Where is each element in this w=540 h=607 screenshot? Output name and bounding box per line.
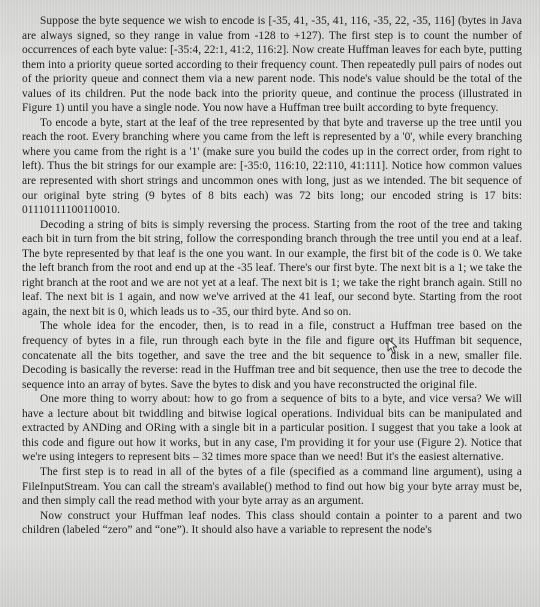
mouse-pointer-icon bbox=[387, 338, 397, 354]
paragraph-bit-twiddling: One more thing to worry about: how to go… bbox=[22, 392, 522, 465]
document-page: Suppose the byte sequence we wish to enc… bbox=[22, 14, 522, 538]
paragraph-huffman-intro: Suppose the byte sequence we wish to enc… bbox=[22, 14, 522, 116]
paragraph-encoding: To encode a byte, start at the leaf of t… bbox=[22, 116, 522, 218]
paragraph-decoding: Decoding a string of bits is simply reve… bbox=[22, 218, 522, 320]
paragraph-first-step: The first step is to read in all of the … bbox=[22, 465, 522, 509]
paragraph-encoder-overview: The whole idea for the encoder, then, is… bbox=[22, 319, 522, 392]
paragraph-leaf-nodes: Now construct your Huffman leaf nodes. T… bbox=[22, 509, 522, 538]
